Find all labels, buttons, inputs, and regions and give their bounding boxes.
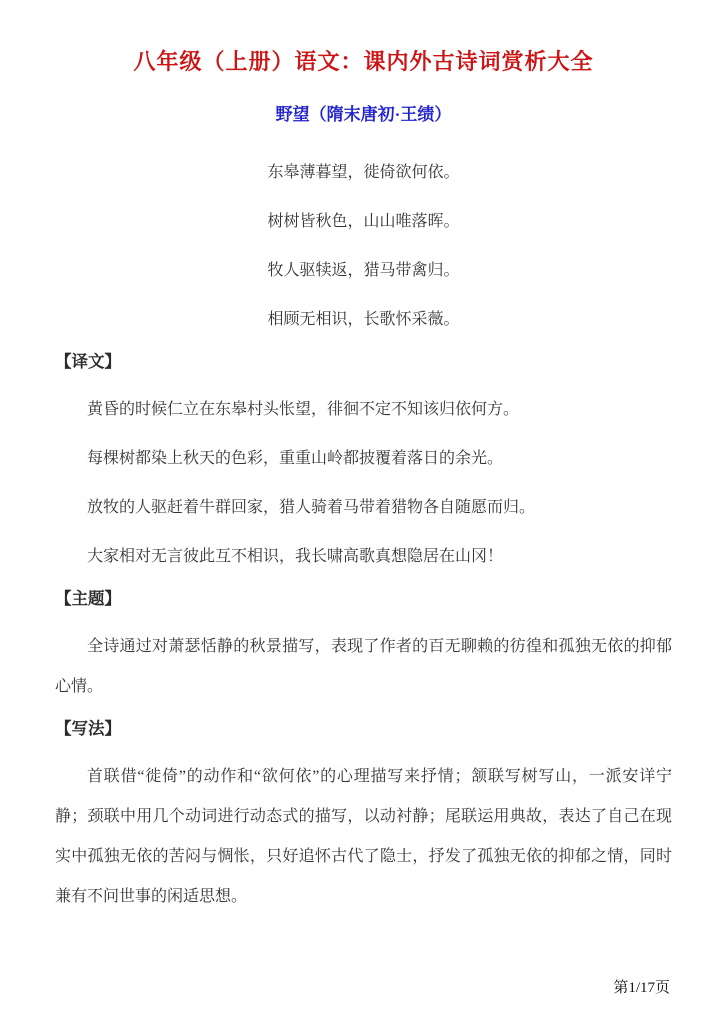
- poem-title: 野望（隋末唐初·王绩）: [55, 103, 672, 127]
- section-paragraph: 首联借“徙倚”的动作和“欲何依”的心理描写来抒情；颔联写树写山，一派安详宁静；颈…: [55, 757, 672, 917]
- poem-line: 树树皆秋色，山山唯落晖。: [55, 202, 672, 242]
- section-heading: 【写法】: [55, 717, 672, 741]
- section-heading: 【译文】: [55, 350, 672, 374]
- sections: 【译文】黄昏的时候仁立在东皋村头怅望，徘徊不定不知该归依何方。每棵树都染上秋天的…: [55, 350, 672, 917]
- page-title: 八年级（上册）语文：课内外古诗词赏析大全: [55, 46, 672, 77]
- section: 【写法】首联借“徙倚”的动作和“欲何依”的心理描写来抒情；颔联写树写山，一派安详…: [55, 717, 672, 917]
- poem-line: 牧人驱犊返，猎马带禽归。: [55, 251, 672, 291]
- section: 【主题】全诗通过对萧瑟恬静的秋景描写，表现了作者的百无聊赖的彷徨和孤独无依的抑郁…: [55, 587, 672, 707]
- section-paragraph: 每棵树都染上秋天的色彩，重重山岭都披覆着落日的余光。: [55, 439, 672, 479]
- section-heading: 【主题】: [55, 587, 672, 611]
- section-paragraph: 全诗通过对萧瑟恬静的秋景描写，表现了作者的百无聊赖的彷徨和孤独无依的抑郁心情。: [55, 627, 672, 707]
- document-page: 八年级（上册）语文：课内外古诗词赏析大全 野望（隋末唐初·王绩） 东皋薄暮望，徙…: [0, 0, 727, 1024]
- poem: 东皋薄暮望，徙倚欲何依。树树皆秋色，山山唯落晖。牧人驱犊返，猎马带禽归。相顾无相…: [55, 153, 672, 340]
- poem-line: 东皋薄暮望，徙倚欲何依。: [55, 153, 672, 193]
- section-paragraph: 大家相对无言彼此互不相识，我长啸高歌真想隐居在山冈！: [55, 537, 672, 577]
- poem-line: 相顾无相识，长歌怀采薇。: [55, 300, 672, 340]
- section: 【译文】黄昏的时候仁立在东皋村头怅望，徘徊不定不知该归依何方。每棵树都染上秋天的…: [55, 350, 672, 577]
- section-paragraph: 黄昏的时候仁立在东皋村头怅望，徘徊不定不知该归依何方。: [55, 390, 672, 430]
- page-number: 第1/17页: [613, 978, 670, 998]
- section-paragraph: 放牧的人驱赶着牛群回家，猎人骑着马带着猎物各自随愿而归。: [55, 488, 672, 528]
